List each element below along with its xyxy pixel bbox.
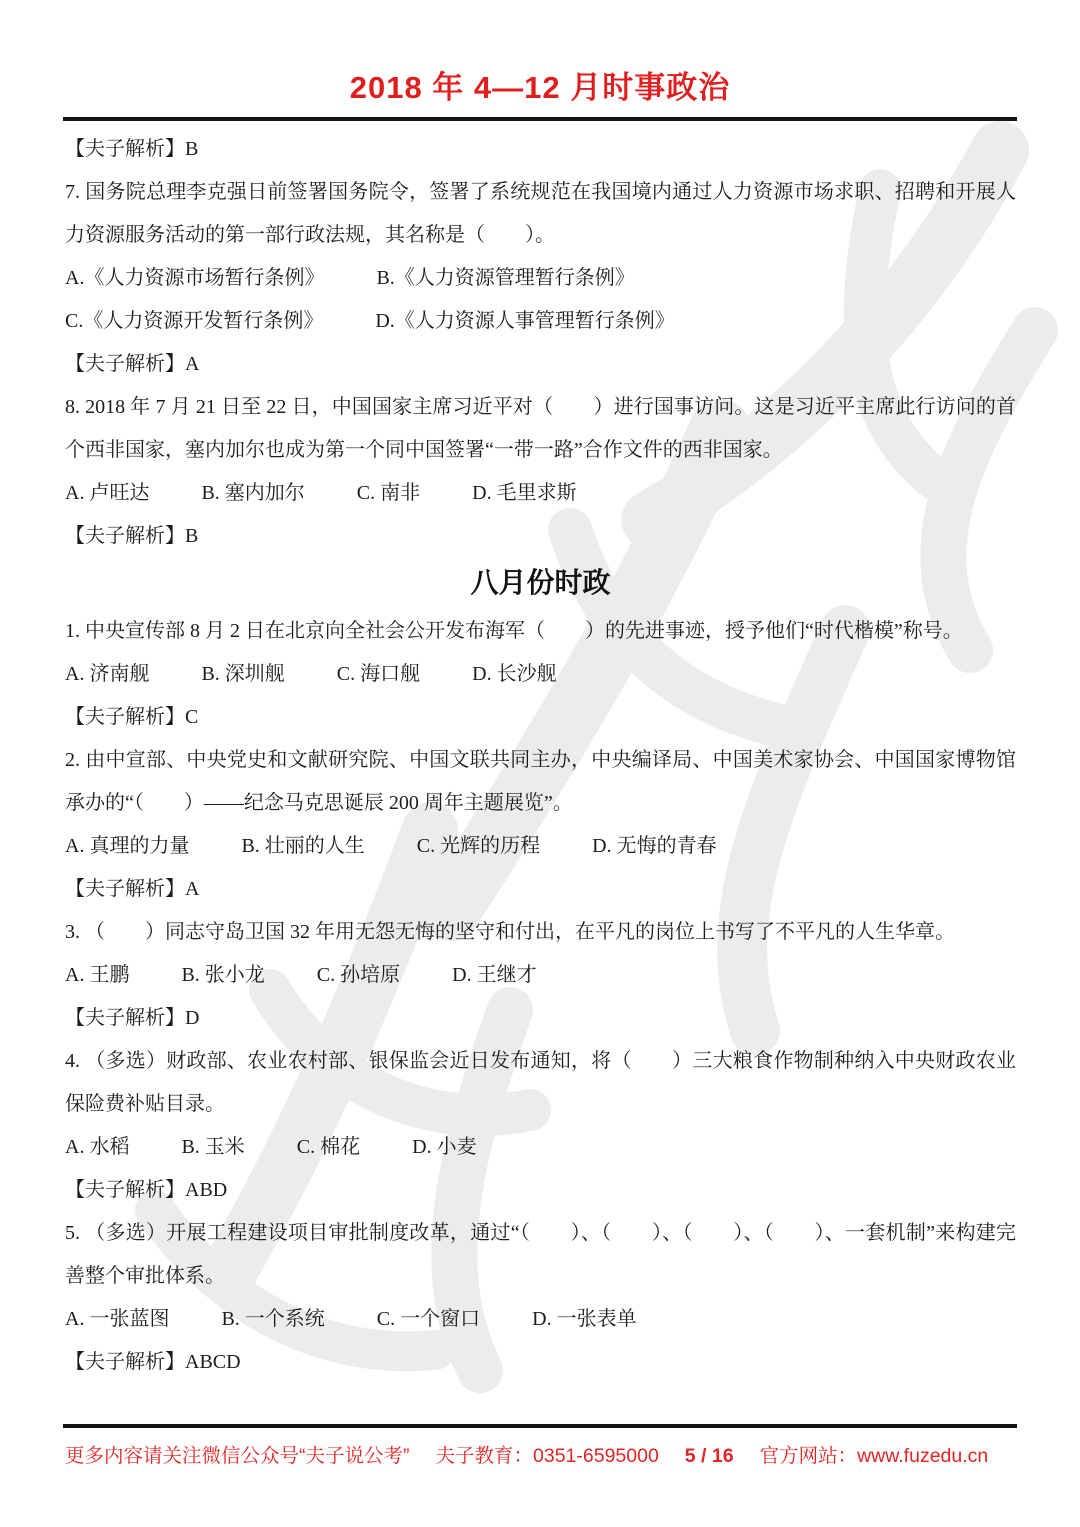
analysis-line: 【夫子解析】ABCD — [65, 1341, 1016, 1384]
question-line: 3. （ ）同志守岛卫国 32 年用无怨无悔的坚守和付出，在平凡的岗位上书写了不… — [65, 911, 1016, 954]
option-item: A. 水稻 — [65, 1126, 129, 1169]
option-item: C. 孙培原 — [317, 954, 400, 997]
page-title: 2018 年 4—12 月时事政治 — [0, 70, 1080, 106]
document-body: 【夫子解析】B7. 国务院总理李克强日前签署国务院令，签署了系统规范在我国境内通… — [65, 128, 1016, 1428]
option-item: D. 王继才 — [452, 954, 536, 997]
header-rule — [63, 117, 1017, 121]
section-title: 八月份时政 — [65, 558, 1016, 610]
option-item: A. 济南舰 — [65, 653, 149, 696]
analysis-line: 【夫子解析】A — [65, 343, 1016, 386]
options-line: A. 水稻B. 玉米C. 棉花D. 小麦 — [65, 1126, 1016, 1169]
option-item: D. 一张表单 — [532, 1298, 636, 1341]
footer-rule — [63, 1424, 1017, 1428]
options-line: C.《人力资源开发暂行条例》D.《人力资源人事管理暂行条例》 — [65, 300, 1016, 343]
question-line: 5. （多选）开展工程建设项目审批制度改革，通过“（ ）、（ ）、（ ）、（ ）… — [65, 1212, 1016, 1298]
option-item: B. 壮丽的人生 — [241, 825, 364, 868]
option-item: B. 张小龙 — [181, 954, 264, 997]
footer-website: 官方网站：www.fuzedu.cn — [760, 1440, 989, 1468]
options-line: A. 济南舰B. 深圳舰C. 海口舰D. 长沙舰 — [65, 653, 1016, 696]
footer-text-row: 更多内容请关注微信公众号“夫子说公考” 夫子教育：0351-6595000 5 … — [65, 1440, 1017, 1468]
option-item: D. 小麦 — [412, 1126, 476, 1169]
analysis-line: 【夫子解析】ABD — [65, 1169, 1016, 1212]
option-item: A. 真理的力量 — [65, 825, 189, 868]
option-item: C. 光辉的历程 — [417, 825, 540, 868]
option-item: A.《人力资源市场暂行条例》 — [65, 257, 324, 300]
question-line: 4. （多选）财政部、农业农村部、银保监会近日发布通知，将（ ）三大粮食作物制种… — [65, 1040, 1016, 1126]
options-line: A.《人力资源市场暂行条例》B.《人力资源管理暂行条例》 — [65, 257, 1016, 300]
option-item: D. 长沙舰 — [472, 653, 556, 696]
option-item: C. 一个窗口 — [377, 1298, 480, 1341]
question-line: 8. 2018 年 7 月 21 日至 22 日，中国国家主席习近平对（ ）进行… — [65, 386, 1016, 472]
option-item: B. 深圳舰 — [201, 653, 284, 696]
options-line: A. 卢旺达B. 塞内加尔C. 南非D. 毛里求斯 — [65, 472, 1016, 515]
option-item: C.《人力资源开发暂行条例》 — [65, 300, 323, 343]
option-item: B. 玉米 — [181, 1126, 244, 1169]
page-header: 2018 年 4—12 月时事政治 — [0, 0, 1080, 106]
option-item: A. 王鹏 — [65, 954, 129, 997]
option-item: B. 塞内加尔 — [201, 472, 304, 515]
question-line: 7. 国务院总理李克强日前签署国务院令，签署了系统规范在我国境内通过人力资源市场… — [65, 171, 1016, 257]
option-item: B.《人力资源管理暂行条例》 — [376, 257, 634, 300]
options-line: A. 一张蓝图B. 一个系统C. 一个窗口D. 一张表单 — [65, 1298, 1016, 1341]
footer-page-indicator: 5 / 16 — [685, 1445, 734, 1468]
analysis-line: 【夫子解析】A — [65, 868, 1016, 911]
option-item: D. 无悔的青春 — [592, 825, 716, 868]
options-line: A. 真理的力量B. 壮丽的人生C. 光辉的历程D. 无悔的青春 — [65, 825, 1016, 868]
option-item: A. 一张蓝图 — [65, 1298, 169, 1341]
option-item: A. 卢旺达 — [65, 472, 149, 515]
option-item: D.《人力资源人事管理暂行条例》 — [375, 300, 674, 343]
options-line: A. 王鹏B. 张小龙C. 孙培原D. 王继才 — [65, 954, 1016, 997]
option-item: D. 毛里求斯 — [472, 472, 576, 515]
footer-brand-phone: 夫子教育：0351-6595000 — [436, 1440, 659, 1468]
option-item: B. 一个系统 — [221, 1298, 324, 1341]
option-item: C. 南非 — [357, 472, 420, 515]
analysis-line: 【夫子解析】D — [65, 997, 1016, 1040]
document-page: 2018 年 4—12 月时事政治 【夫子解析】B7. 国务院总理李克强日前签署… — [0, 0, 1080, 1527]
option-item: C. 海口舰 — [337, 653, 420, 696]
option-item: C. 棉花 — [297, 1126, 360, 1169]
page-footer: 更多内容请关注微信公众号“夫子说公考” 夫子教育：0351-6595000 5 … — [0, 1424, 1080, 1468]
analysis-line: 【夫子解析】C — [65, 696, 1016, 739]
question-line: 1. 中央宣传部 8 月 2 日在北京向全社会公开发布海军（ ）的先进事迹，授予… — [65, 610, 1016, 653]
analysis-line: 【夫子解析】B — [65, 128, 1016, 171]
footer-promo: 更多内容请关注微信公众号“夫子说公考” — [65, 1440, 410, 1468]
analysis-line: 【夫子解析】B — [65, 515, 1016, 558]
question-line: 2. 由中宣部、中央党史和文献研究院、中国文联共同主办，中央编译局、中国美术家协… — [65, 739, 1016, 825]
